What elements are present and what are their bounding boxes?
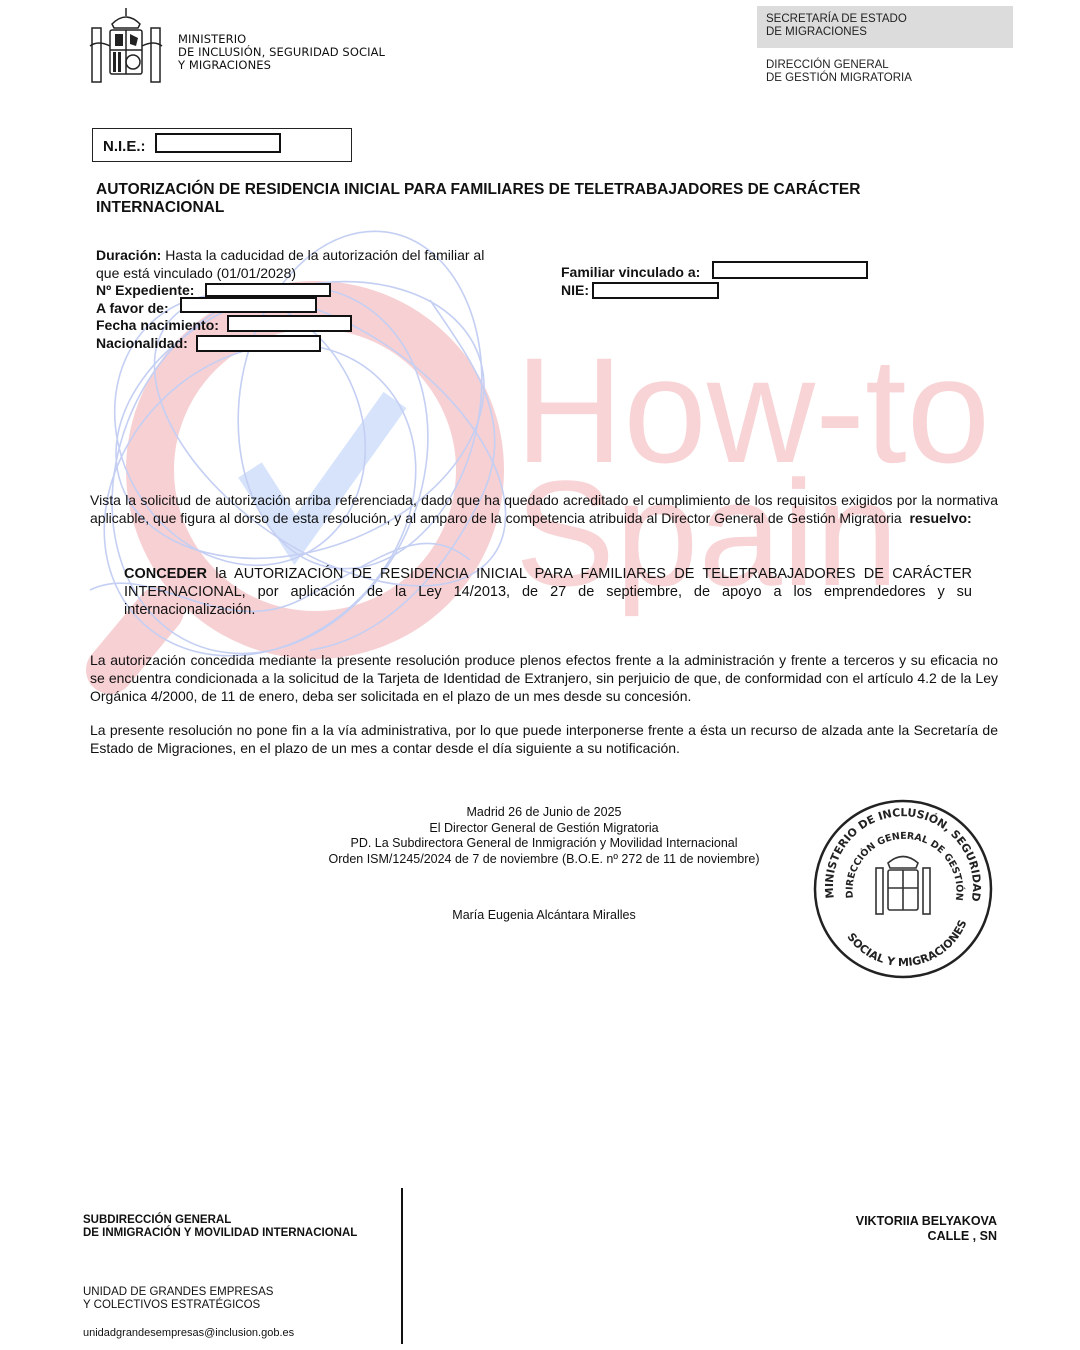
nie-redacted-field	[155, 133, 281, 153]
subdireccion-line: DE INMIGRACIÓN Y MOVILIDAD INTERNACIONAL	[83, 1227, 357, 1240]
conceder-label: CONCEDER	[124, 566, 207, 582]
direccion-general: DIRECCIÓN GENERAL DE GESTIÓN MIGRATORIA	[766, 59, 912, 85]
direccion-line: DE GESTIÓN MIGRATORIA	[766, 72, 912, 85]
conceder-paragraph: CONCEDER la AUTORIZACIÓN DE RESIDENCIA I…	[124, 565, 972, 619]
direccion-line: DIRECCIÓN GENERAL	[766, 59, 912, 72]
familiar-vinculado-label: Familiar vinculado a:	[561, 264, 700, 280]
nie-familiar-redacted-field	[592, 282, 719, 299]
fecha-nacimiento-label: Fecha nacimiento:	[96, 317, 219, 333]
nie-familiar-label: NIE:	[561, 282, 589, 298]
unidad-block: UNIDAD DE GRANDES EMPRESAS Y COLECTIVOS …	[83, 1286, 273, 1312]
nacionalidad-redacted-field	[196, 335, 321, 352]
nie-label: N.I.E.:	[103, 138, 146, 155]
unidad-line: Y COLECTIVOS ESTRATÉGICOS	[83, 1299, 273, 1312]
duracion-value: Hasta la caducidad de la autorización de…	[161, 247, 484, 263]
expediente-redacted-field	[205, 283, 331, 297]
secretaria-box: SECRETARÍA DE ESTADO DE MIGRACIONES	[757, 6, 1013, 48]
duracion-value-2: que está vinculado (01/01/2028)	[96, 265, 484, 283]
efectos-paragraph: La autorización concedida mediante la pr…	[90, 651, 998, 705]
resuelvo-label: resuelvo:	[909, 510, 971, 526]
subdireccion-line: SUBDIRECCIÓN GENERAL	[83, 1214, 357, 1227]
familiar-vinculado-redacted-field	[712, 261, 868, 279]
signature-block: Madrid 26 de Junio de 2025 El Director G…	[284, 805, 804, 867]
subdireccion-block: SUBDIRECCIÓN GENERAL DE INMIGRACIÓN Y MO…	[83, 1214, 357, 1240]
a-favor-redacted-field	[180, 297, 317, 313]
secretaria-line: DE MIGRACIONES	[766, 26, 1013, 39]
secretaria-line: SECRETARÍA DE ESTADO	[766, 13, 1013, 26]
intro-text: Vista la solicitud de autorización arrib…	[90, 492, 998, 526]
ministry-name: MINISTERIO DE INCLUSIÓN, SEGURIDAD SOCIA…	[178, 33, 385, 72]
recipient-address: CALLE , SN	[856, 1229, 997, 1244]
fecha-nacimiento-redacted-field	[227, 315, 352, 332]
contact-email[interactable]: unidadgrandesempresas@inclusion.gob.es	[83, 1327, 294, 1339]
duracion-label: Duración:	[96, 247, 161, 263]
document-title: AUTORIZACIÓN DE RESIDENCIA INICIAL PARA …	[96, 181, 976, 217]
recurso-paragraph: La presente resolución no pone fin a la …	[90, 721, 998, 757]
signer-name: María Eugenia Alcántara Miralles	[284, 908, 804, 924]
signature-line: PD. La Subdirectora General de Inmigraci…	[284, 836, 804, 852]
place-date: Madrid 26 de Junio de 2025	[284, 805, 804, 821]
recipient-name: VIKTORIIA BELYAKOVA	[856, 1214, 997, 1229]
official-stamp-icon: MINISTERIO DE INCLUSIÓN, SEGURIDAD SOCIA…	[808, 798, 998, 980]
svg-text:SOCIAL Y MIGRACIONES: SOCIAL Y MIGRACIONES	[845, 918, 970, 969]
a-favor-label: A favor de:	[96, 300, 169, 316]
svg-text:How-to: How-to	[515, 326, 990, 494]
spanish-coat-of-arms-icon	[88, 6, 164, 86]
conceder-text: la AUTORIZACIÓN DE RESIDENCIA INICIAL PA…	[124, 566, 972, 618]
intro-paragraph: Vista la solicitud de autorización arrib…	[90, 491, 998, 527]
nacionalidad-label: Nacionalidad:	[96, 335, 188, 351]
signature-line: Orden ISM/1245/2024 de 7 de noviembre (B…	[284, 852, 804, 868]
signature-line: El Director General de Gestión Migratori…	[284, 821, 804, 837]
ministry-line: Y MIGRACIONES	[178, 59, 385, 72]
unidad-line: UNIDAD DE GRANDES EMPRESAS	[83, 1286, 273, 1299]
recipient-block: VIKTORIIA BELYAKOVA CALLE , SN	[856, 1214, 997, 1244]
expediente-label: Nº Expediente:	[96, 282, 194, 298]
footer-divider	[401, 1188, 403, 1344]
